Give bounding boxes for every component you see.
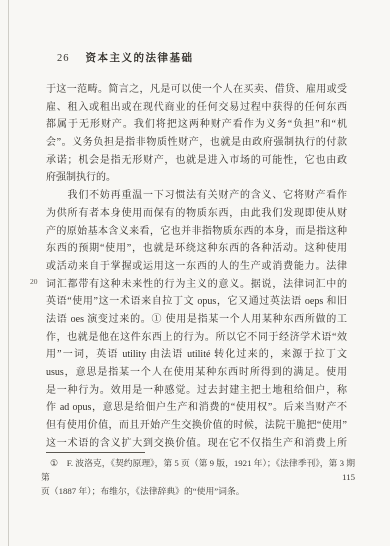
body-text-line: usus，意思是指某一个人在使用某种东西时所得到的满足。使用 (46, 364, 347, 382)
footnote-block: ① F. 波洛克，《契约原理》，第 5 页（第 9 版，1921 年）；《法律季… (41, 457, 355, 498)
body-text-line: 作 ad opus，意思是给佃户生产和消费的“使用权”。后来当财产不 (46, 399, 347, 417)
body-text-line: 会”。义务负担是指非物质性财产，也就是由政府强制执行的付款 (46, 134, 347, 152)
body-text-line: 为供所有者本身使用而保有的物质东西，由此我们发现即使从财 (46, 205, 347, 223)
body-text-line: 词汇都带有这种未来性的行为主义的意义。据说，法律词汇中的 (46, 276, 347, 294)
footnote-line: 页（1887 年）；布维尔，《法律辞典》的“使用”词条。 (41, 485, 355, 499)
body-text-line: 法语 oes 演变过来的。① 使用是指某一个人用某种东西所做的工 (46, 311, 347, 329)
body-text-line: 雇、租入或租出或在现代商业的任何交易过程中获得的任何东西 (46, 99, 347, 117)
body-text-line: 我们不妨再重温一下习惯法有关财产的含义、它将财产看作 (46, 187, 347, 205)
body-text-line: 但有使用价值，而且开始产生交换价值的时候，法院干脆把“使用” (46, 417, 347, 435)
body-text-line: 都属于无形财产。我们将把这两种财产看作为义务“负担”和“机 (46, 116, 347, 134)
body-text-line: 产的原始基本含义来看，它也并非指物质东西的本身，而是指这种 (46, 223, 347, 241)
body-text-line: 作，也就是他在这件东西上的行为。所以它不同于经济学术语“效 (46, 329, 347, 347)
page-header: 26资本主义的法律基础 (57, 50, 194, 65)
body-text-line: 于这一范畴。简言之，凡是可以使一个人在买卖、借贷、雇用或受 (46, 81, 347, 99)
body-text-line: 是一种行为。效用是一种感觉。过去封建主把土地租给佃户，称 (46, 382, 347, 400)
page-number: 26 (57, 53, 70, 64)
body-text-line: 用”一词，英语 utility 由法语 utilité 转化过来的，来源于拉丁文 (46, 346, 347, 364)
running-title: 资本主义的法律基础 (86, 53, 194, 64)
body-text-block: 于这一范畴。简言之，凡是可以使一个人在买卖、借贷、雇用或受 雇、租入或租出或在现… (46, 81, 347, 452)
page-edge-line (8, 0, 9, 546)
body-text-line: 东西的预期“使用”，也就是环绕这种东西的各种活动。这种使用 (46, 240, 347, 258)
book-page-scan: 26资本主义的法律基础 20 于这一范畴。简言之，凡是可以使一个人在买卖、借贷、… (0, 0, 390, 546)
footnote-separator (46, 452, 145, 453)
body-text-line: 或活动来自于掌握或运用这一东西的人的生产或消费能力。法律 (46, 258, 347, 276)
body-text-line: 府强制执行的。 (46, 169, 347, 187)
body-text-line: 这一术语的含义扩大到交换价值。现在它不仅指生产和消费上所 (46, 435, 347, 453)
footnote-line: ① F. 波洛克，《契约原理》，第 5 页（第 9 版，1921 年）；《法律季… (41, 457, 355, 485)
body-text-line: 承诺；机会是指无形财产，也就是进入市场的可能性，它也由政 (46, 152, 347, 170)
body-text-line: 英语“使用”这一术语来自拉丁文 opus，它又通过英法语 oeps 和旧 (46, 293, 347, 311)
margin-page-reference: 20 (30, 277, 38, 286)
